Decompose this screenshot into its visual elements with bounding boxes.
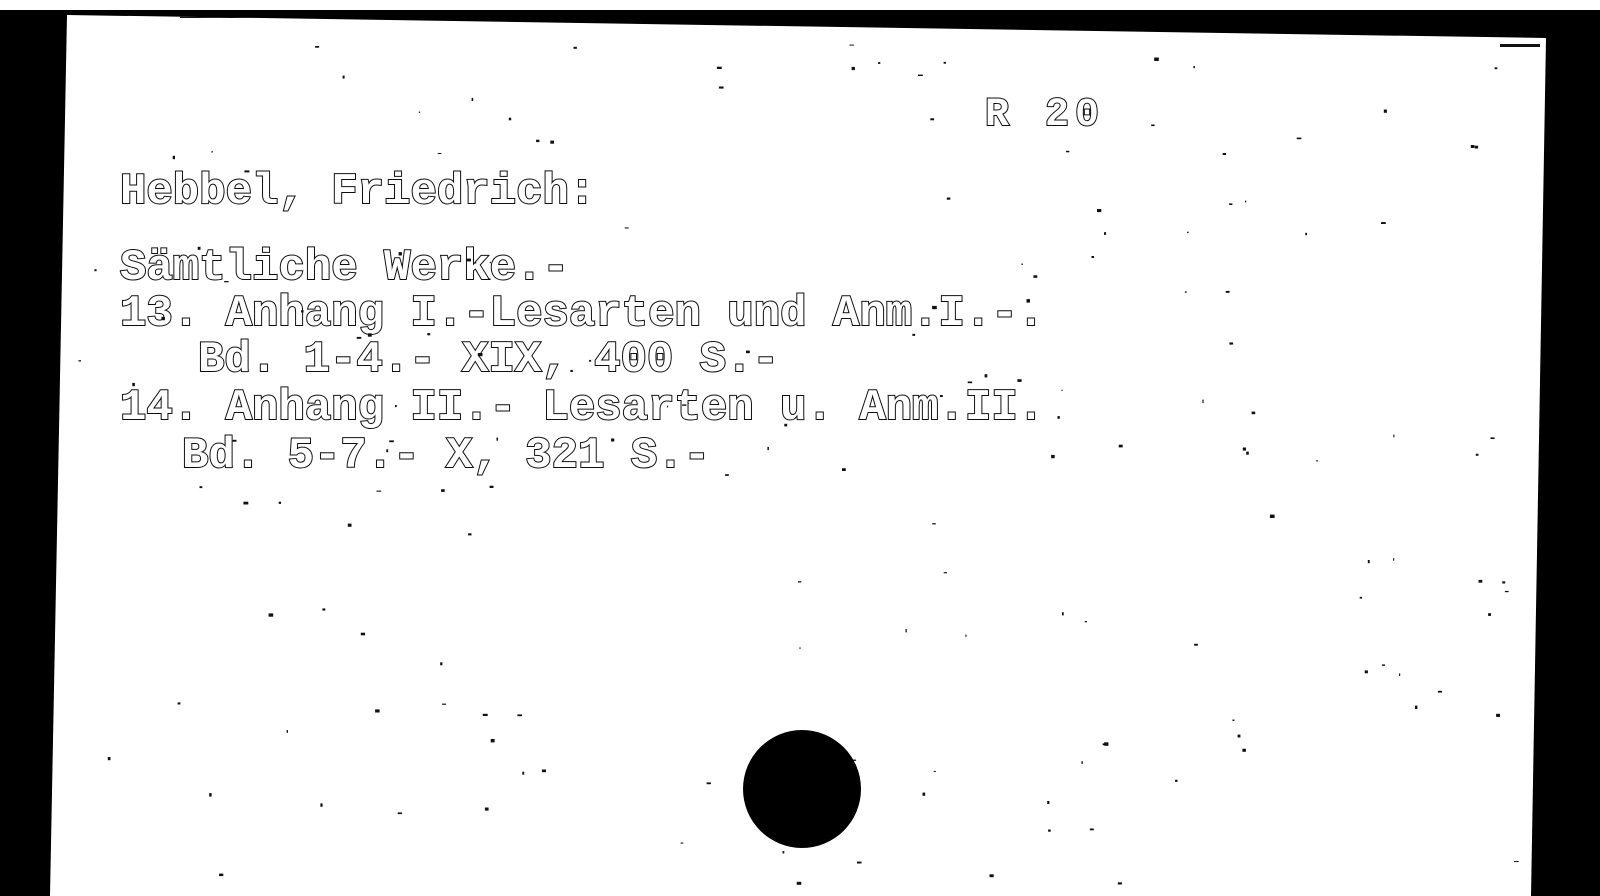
call-number: R 20: [985, 96, 1105, 136]
author-heading: Hebbel, Friedrich:: [120, 170, 595, 214]
catalog-card: R 20 Hebbel, Friedrich: Sämtliche Werke.…: [0, 0, 1600, 896]
volume-13-title: 13. Anhang I.-Lesarten und Anm.I.-.: [120, 292, 1044, 336]
card-top-edge: [1500, 44, 1540, 47]
volume-13-details: Bd. 1-4.- XIX, 400 S.-: [198, 338, 779, 382]
volume-14-details: Bd. 5-7.- X, 321 S.-: [182, 434, 710, 478]
volume-14-title: 14. Anhang II.- Lesarten u. Anm.II.: [120, 386, 1044, 430]
punch-hole: [743, 730, 861, 848]
work-title: Sämtliche Werke.-: [120, 246, 569, 290]
